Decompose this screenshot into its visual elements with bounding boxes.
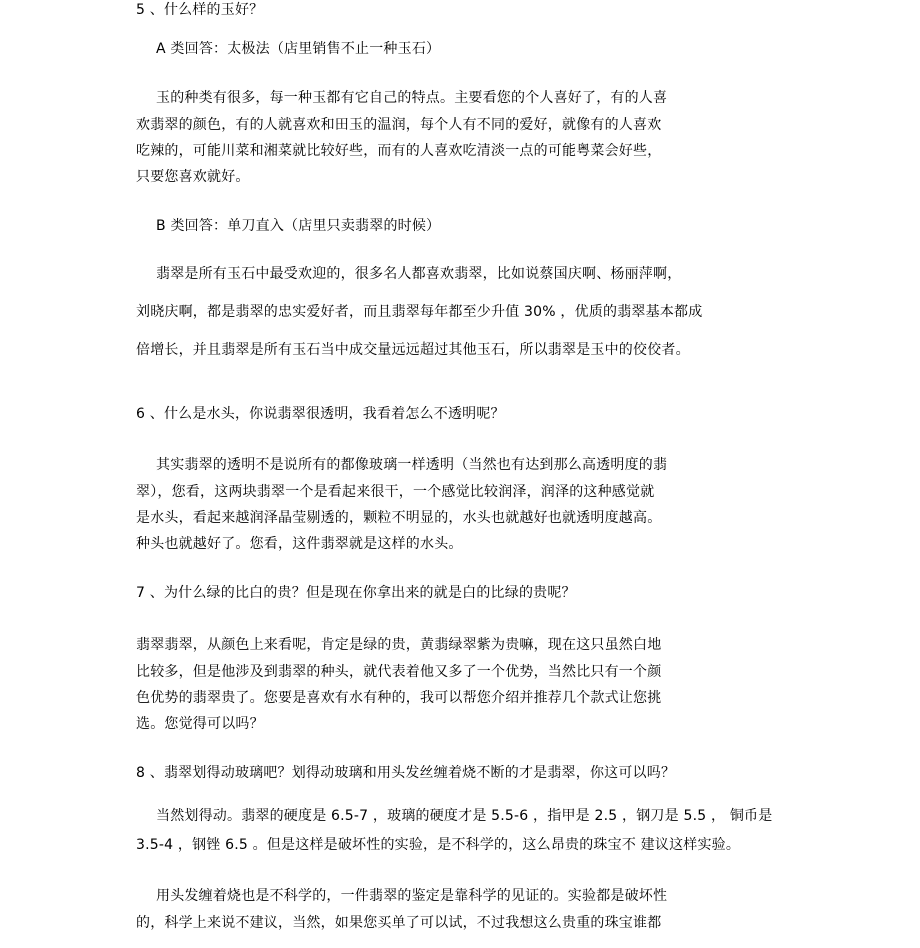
paragraph-line: 翡翠是所有玉石中最受欢迎的，很多名人都喜欢翡翠，比如说蔡国庆啊、杨丽萍啊， [156,264,681,284]
paragraph-line: 比较多，但是他涉及到翡翠的种头，就代表着他又多了一个优势，当然比只有一个颜 [136,662,661,682]
paragraph-line: 欢翡翠的颜色，有的人就喜欢和田玉的温润，每个人有不同的爱好，就像有的人喜欢 [136,115,661,135]
paragraph-line: 倍增长，并且翡翠是所有玉石当中成交量远远超过其他玉石，所以翡翠是玉中的佼佼者。 [136,340,690,360]
answer-b-label: B 类回答：单刀直入（店里只卖翡翠的时候） [156,216,440,236]
paragraph-line: 3.5-4 ，钢锉 6.5 。但是这样是破坏性的实验，是不科学的，这么昂贵的珠宝… [136,835,740,855]
answer-a-label: A 类回答：太极法（店里销售不止一种玉石） [156,39,440,59]
paragraph-line: 种头也就越好了。您看，这件翡翠就是这样的水头。 [136,534,463,554]
paragraph-line: 其实翡翠的透明不是说所有的都像玻璃一样透明（当然也有达到那么高透明度的翡 [156,455,667,475]
paragraph-line: 用头发缠着烧也是不科学的，一件翡翠的鉴定是靠科学的见证的。实验都是破坏性 [156,886,667,906]
paragraph-line: 只要您喜欢就好。 [136,167,250,187]
question-6-heading: 6 、什么是水头，你说翡翠很透明，我看着怎么不透明呢？ [136,404,505,424]
paragraph-line: 色优势的翡翠贵了。您要是喜欢有水有种的，我可以帮您介绍并推荐几个款式让您挑 [136,688,661,708]
question-7-heading: 7 、为什么绿的比白的贵？但是现在你拿出来的就是白的比绿的贵呢？ [136,583,576,603]
paragraph-line: 当然划得动。翡翠的硬度是 6.5-7 ，玻璃的硬度才是 5.5-6 ，指甲是 2… [156,806,772,826]
paragraph-line: 吃辣的，可能川菜和湘菜就比较好些，而有的人喜欢吃清淡一点的可能粤菜会好些， [136,141,661,161]
paragraph-line: 翡翠翡翠，从颜色上来看呢，肯定是绿的贵，黄翡绿翠紫为贵嘛，现在这只虽然白地 [136,635,661,655]
paragraph-line: 是水头，看起来越润泽晶莹剔透的，颗粒不明显的，水头也就越好也就透明度越高。 [136,508,661,528]
paragraph-line: 选。您觉得可以吗？ [136,714,264,734]
question-5-heading: 5 、什么样的玉好？ [136,0,263,20]
paragraph-line: 翠），您看，这两块翡翠一个是看起来很干，一个感觉比较润泽，润泽的这种感觉就 [136,482,654,502]
paragraph-line: 玉的种类有很多，每一种玉都有它自己的特点。主要看您的个人喜好了，有的人喜 [156,88,667,108]
paragraph-line: 刘晓庆啊，都是翡翠的忠实爱好者，而且翡翠每年都至少升值 30% ，优质的翡翠基本… [136,302,702,322]
paragraph-line: 的，科学上来说不建议，当然，如果您买单了可以试，不过我想这么贵重的珠宝谁都 [136,913,661,933]
question-8-heading: 8 、翡翠划得动玻璃吧？划得动玻璃和用头发丝缠着烧不断的才是翡翠，你这可以吗？ [136,763,675,783]
